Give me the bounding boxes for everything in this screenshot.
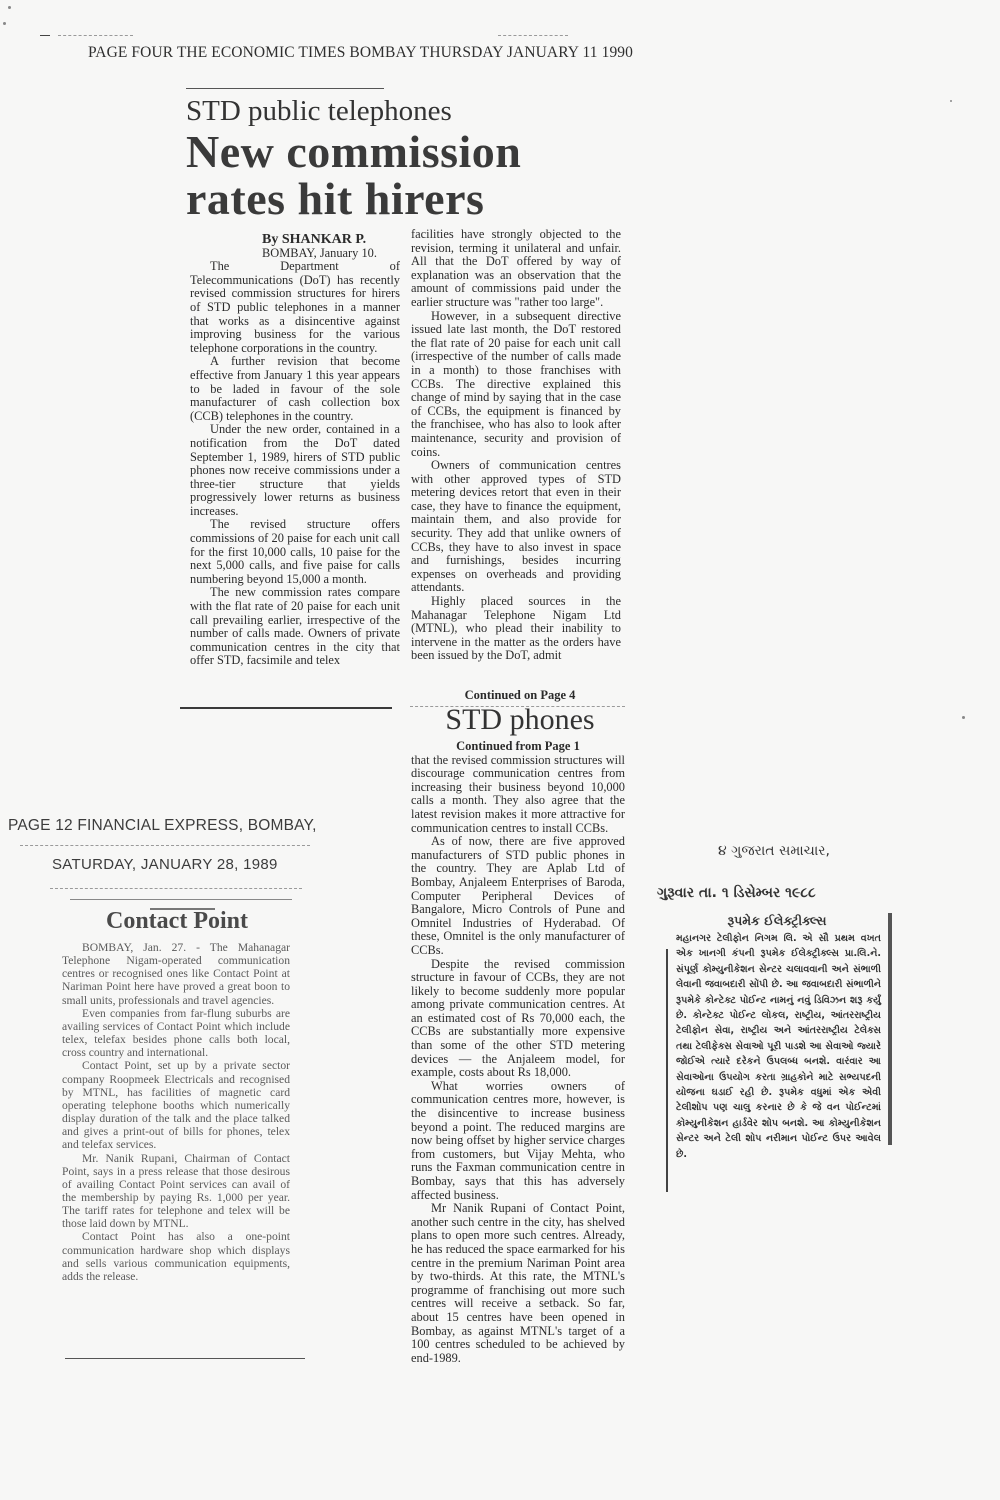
continued-on-label: Continued on Page 4: [420, 688, 620, 703]
paragraph: Owners of communication centres with oth…: [411, 459, 621, 595]
scan-speck: [8, 6, 11, 9]
paragraph: Contact Point, set up by a private secto…: [62, 1059, 290, 1151]
paragraph: As of now, there are five approved manuf…: [411, 835, 625, 957]
newspaper-date: ગુરૂવાર તા. ૧ ડિસેમ્બર ૧૯૮૮: [657, 885, 816, 901]
paragraph: facilities have strongly objected to the…: [411, 228, 621, 310]
paragraph: Despite the revised commission structure…: [411, 958, 625, 1080]
paragraph: Under the new order, contained in a noti…: [190, 423, 400, 518]
paragraph: that the revised commission structures w…: [411, 754, 625, 836]
article-headline: રૂપમેક ઈલેક્ટ્રીક્લ્સ: [666, 913, 888, 929]
newspaper-masthead: ૪ ગુજરાત સમાચાર,: [718, 843, 830, 859]
header-rule: [498, 35, 568, 36]
newspaper-date: SATURDAY, JANUARY 28, 1989: [52, 856, 278, 873]
header-rule: [58, 35, 133, 36]
continued-from-label: Continued from Page 1: [411, 740, 625, 754]
paragraph: The new commission rates compare with th…: [190, 586, 400, 668]
paragraph: What worries owners of communication cen…: [411, 1080, 625, 1202]
paragraph: Highly placed sources in the Mahanagar T…: [411, 595, 621, 663]
masthead-rule: [20, 845, 310, 846]
jump-headline: STD phones: [420, 703, 620, 737]
paragraph: A further revision that become effective…: [190, 355, 400, 423]
article-column-1: By SHANKAR P. BOMBAY, January 10. The De…: [190, 233, 400, 668]
paragraph: Mr Nanik Rupani of Contact Point, anothe…: [411, 1202, 625, 1365]
masthead-rule: [50, 888, 302, 889]
box-border: [666, 949, 668, 1192]
article-body: મહાનગર ટેલીફોન નિગમ લિ. એ સૌ પ્રથમ વખત એ…: [676, 931, 881, 1162]
article-box: રૂપમેક ઈલેક્ટ્રીક્લ્સ મહાનગર ટેલીફોન નિગ…: [666, 913, 892, 1145]
scan-speck: [950, 100, 952, 102]
headline-rule: [186, 88, 384, 89]
article-body: BOMBAY, Jan. 27. - The Mahanagar Telepho…: [62, 941, 290, 1283]
byline: By SHANKAR P.: [242, 233, 400, 247]
headline-rule: [70, 899, 292, 900]
newspaper-masthead: PAGE 12 FINANCIAL EXPRESS, BOMBAY,: [8, 817, 317, 835]
paragraph: Contact Point has also a one-point commu…: [62, 1230, 290, 1283]
jump-column: Continued from Page 1 that the revised c…: [411, 740, 625, 1365]
paragraph: Even companies from far-flung suburbs ar…: [62, 1007, 290, 1060]
paragraph: BOMBAY, Jan. 27. - The Mahanagar Telepho…: [62, 941, 290, 1007]
scan-speck: [3, 22, 6, 25]
article-headline: New commission rates hit hirers: [186, 128, 521, 222]
paragraph: The Department of Telecommunications (Do…: [190, 260, 400, 355]
paragraph: However, in a subsequent directive issue…: [411, 310, 621, 460]
article-headline: Contact Point: [62, 908, 292, 935]
newspaper-masthead: PAGE FOUR THE ECONOMIC TIMES BOMBAY THUR…: [88, 44, 633, 62]
headline-line: rates hit hirers: [186, 175, 521, 222]
article-column-2: facilities have strongly objected to the…: [411, 228, 621, 663]
article-kicker: STD public telephones: [186, 95, 452, 128]
scan-speck: [962, 716, 965, 719]
paragraph: Mr. Nanik Rupani, Chairman of Contact Po…: [62, 1152, 290, 1231]
paragraph: The revised structure offers commissions…: [190, 518, 400, 586]
column-end-rule: [65, 1358, 305, 1359]
headline-line: New commission: [186, 128, 521, 175]
column-end-rule: [180, 707, 392, 709]
scan-mark: [40, 35, 50, 36]
dateline: BOMBAY, January 10.: [190, 247, 400, 261]
